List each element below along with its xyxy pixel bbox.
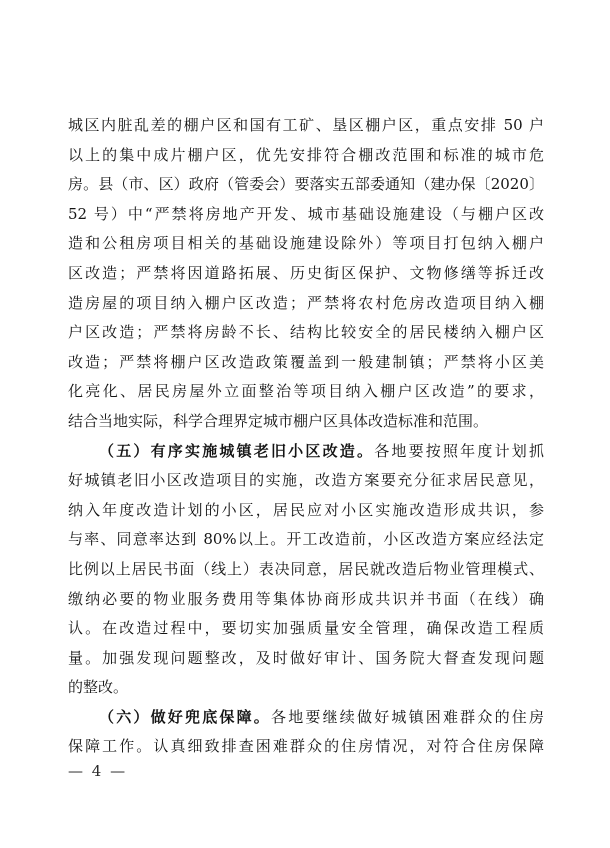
section-5-heading: （五）有序实施城镇老旧小区改造。 <box>99 442 374 460</box>
text-line: 改造；严禁将棚户区改造政策覆盖到一般建制镇；严禁将小区美 <box>68 348 544 378</box>
section-5-first-line: （五）有序实施城镇老旧小区改造。各地要按照年度计划抓 <box>68 437 544 467</box>
text-line: 52 号）中“严禁将房地产开发、城市基础设施建设（与棚户区改 <box>68 200 544 230</box>
text-line: 造房屋的项目纳入棚户区改造；严禁将农村危房改造项目纳入棚 <box>68 289 544 319</box>
text-line: 认。在改造过程中，要切实加强质量安全管理，确保改造工程质 <box>68 614 544 644</box>
section-6-first-line: （六）做好兜底保障。各地要继续做好城镇困难群众的住房 <box>68 703 544 733</box>
text-line: 量。加强发现问题整改，及时做好审计、国务院大督查发现问题 <box>68 644 544 674</box>
text-line: 结合当地实际，科学合理界定城市棚户区具体改造标准和范围。 <box>68 407 544 437</box>
text-line: 造和公租房项目相关的基础设施建设除外）等项目打包纳入棚户 <box>68 229 544 259</box>
text-line: 房。县（市、区）政府（管委会）要落实五部委通知（建办保〔2020〕 <box>68 170 544 200</box>
page-number: — 4 — <box>68 760 127 782</box>
text-segment: 各地要按照年度计划抓 <box>374 442 544 460</box>
text-line: 缴纳必要的物业服务费用等集体协商形成共识并书面（在线）确 <box>68 585 544 615</box>
text-line: 与率、同意率达到 80%以上。开工改造前，小区改造方案应经法定 <box>68 525 544 555</box>
text-line: 好城镇老旧小区改造项目的实施，改造方案要充分征求居民意见， <box>68 466 544 496</box>
document-body: 城区内脏乱差的棚户区和国有工矿、垦区棚户区，重点安排 50 户 以上的集中成片棚… <box>68 111 544 762</box>
text-line: 以上的集中成片棚户区，优先安排符合棚改范围和标准的城市危 <box>68 141 544 171</box>
text-line: 区改造；严禁将因道路拓展、历史街区保护、文物修缮等拆迁改 <box>68 259 544 289</box>
text-line: 保障工作。认真细致排查困难群众的住房情况，对符合住房保障 <box>68 732 544 762</box>
section-6-heading: （六）做好兜底保障。 <box>99 708 271 726</box>
text-line: 城区内脏乱差的棚户区和国有工矿、垦区棚户区，重点安排 50 户 <box>68 111 544 141</box>
text-line: 户区改造；严禁将房龄不长、结构比较安全的居民楼纳入棚户区 <box>68 318 544 348</box>
text-line: 纳入年度改造计划的小区，居民应对小区实施改造形成共识，参 <box>68 496 544 526</box>
text-line: 的整改。 <box>68 673 544 703</box>
text-segment: 各地要继续做好城镇困难群众的住房 <box>271 708 544 726</box>
text-line: 比例以上居民书面（线上）表决同意，居民就改造后物业管理模式、 <box>68 555 544 585</box>
document-page: 城区内脏乱差的棚户区和国有工矿、垦区棚户区，重点安排 50 户 以上的集中成片棚… <box>0 0 610 848</box>
text-line: 化亮化、居民房屋外立面整治等项目纳入棚户区改造”的要求， <box>68 377 544 407</box>
